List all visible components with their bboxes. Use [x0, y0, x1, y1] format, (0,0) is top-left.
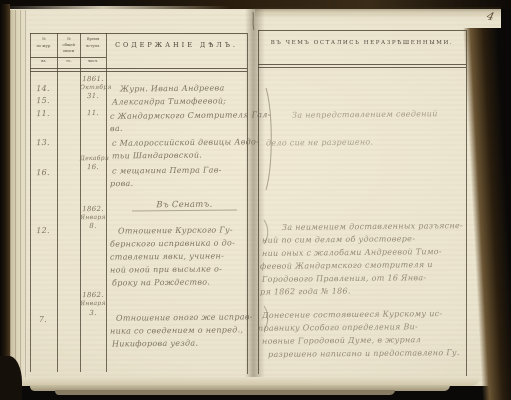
resolution-line: дело сие не разрешено. [266, 137, 373, 147]
book-top-shadow [255, 7, 501, 19]
column-header-inventory: общей [63, 43, 75, 47]
row-number: 11. [32, 109, 54, 118]
entry-line: ва. [110, 124, 123, 133]
row-number: 15. [32, 96, 54, 105]
entry-line: Александра Тимофеевой; [112, 96, 226, 106]
resolution-line: ря 1862 года № 186. [260, 287, 351, 297]
date-entry: Декабря [80, 155, 106, 162]
column-header-date: Время [86, 37, 100, 41]
resolution-line: правнику Особого определения Ви- [258, 322, 418, 333]
column-header-inventory: описи [63, 49, 75, 53]
resolution-line: За неимением доставленных разъясне- [282, 221, 463, 232]
date-entry: 3. [80, 309, 106, 317]
date-entry: 1861. [80, 75, 106, 83]
ledger-photo: 4 № по жур. ва. № общей описи го. Время … [0, 0, 511, 400]
entry-line: с Жандармского Смотрителя Гал- [110, 110, 271, 121]
resolution-line: ний по сим делам об удостовере- [262, 234, 415, 245]
resolution-line: Городового Правления, от 16 Янва- [262, 273, 426, 284]
row-number: 16. [32, 168, 54, 177]
row-number: 12. [32, 226, 54, 235]
entry-line: рова. [110, 179, 133, 188]
entry-line: ника со сведением о непред., [110, 325, 243, 335]
column-header-number: № [40, 37, 48, 41]
entry-line: ставлении явки, учинен- [110, 251, 224, 261]
table-rule [258, 30, 259, 374]
row-number: 13. [32, 138, 54, 147]
entry-line: Журн. Ивана Андреева [120, 83, 225, 93]
table-rule [30, 71, 247, 72]
table-rule [247, 33, 248, 374]
entry-line: с Малороссийской девицы Авдо- [112, 137, 259, 148]
column-header-number: по жур. [36, 44, 50, 48]
entry-line: Отношение Курского Гу- [118, 225, 233, 235]
table-rule [57, 33, 58, 372]
date-entry: 1862. [80, 205, 106, 213]
date-entry: 31. [80, 92, 106, 100]
resolution-line: новные Городовой Думе, в журнал [262, 335, 421, 346]
left-page-stack-edge [10, 10, 27, 378]
entry-line: ной оной при высылке о- [110, 264, 222, 274]
table-rule [30, 33, 247, 34]
entry-line: броку на Рождество. [112, 277, 210, 287]
column-header-number: ва. [39, 59, 49, 63]
column-header-inventory: № [65, 37, 72, 41]
date-entry: 8. [80, 222, 106, 230]
resolution-line: За непредставлением сведений [292, 109, 438, 120]
entry-line: с мещанина Петра Гав- [112, 165, 222, 175]
entry-line: бернского исправника о до- [110, 238, 235, 248]
entry-line: тьи Шандаровской. [112, 151, 202, 161]
date-entry: 16. [80, 163, 106, 171]
resolution-line: нии оных с жалобами Андреевой Тимо- [262, 247, 442, 258]
column-header-inventory: го. [64, 59, 73, 63]
book-left-cover-edge [0, 4, 10, 396]
table-rule [258, 67, 466, 68]
date-entry: 1862. [80, 291, 106, 299]
bottom-page-stack [55, 390, 395, 395]
date-entry: Января [80, 300, 106, 307]
resolution-line: Донесение состоявшееся Курскому ис- [262, 309, 443, 320]
table-rule [466, 30, 467, 376]
right-page-column-title: ВЪ ЧЕМЪ ОСТАЛИСЬ НЕРАЗРѢШЕННЫМИ. [258, 40, 466, 46]
table-rule [30, 57, 106, 58]
row-number: 14. [32, 84, 54, 93]
section-heading: Въ Сенатъ. [132, 199, 237, 211]
column-header-date: вступл. [86, 44, 100, 48]
entry-line: Отношение оного же исправ- [116, 312, 253, 322]
row-number: 7. [32, 315, 54, 324]
date-entry: Октября [80, 84, 106, 91]
table-rule [30, 33, 31, 372]
table-rule [30, 68, 247, 69]
entry-line: Никифорова уезда. [112, 339, 198, 349]
left-page-column-title: СОДЕРЖАНІЕ ДѢЛЪ. [106, 41, 247, 49]
table-rule [258, 64, 466, 65]
date-entry: Января [80, 214, 106, 221]
column-header-date: числ. [87, 59, 98, 63]
date-entry: 11. [80, 109, 106, 117]
resolution-line: феевой Жандармского смотрителя и [260, 260, 433, 271]
table-rule [258, 30, 466, 31]
